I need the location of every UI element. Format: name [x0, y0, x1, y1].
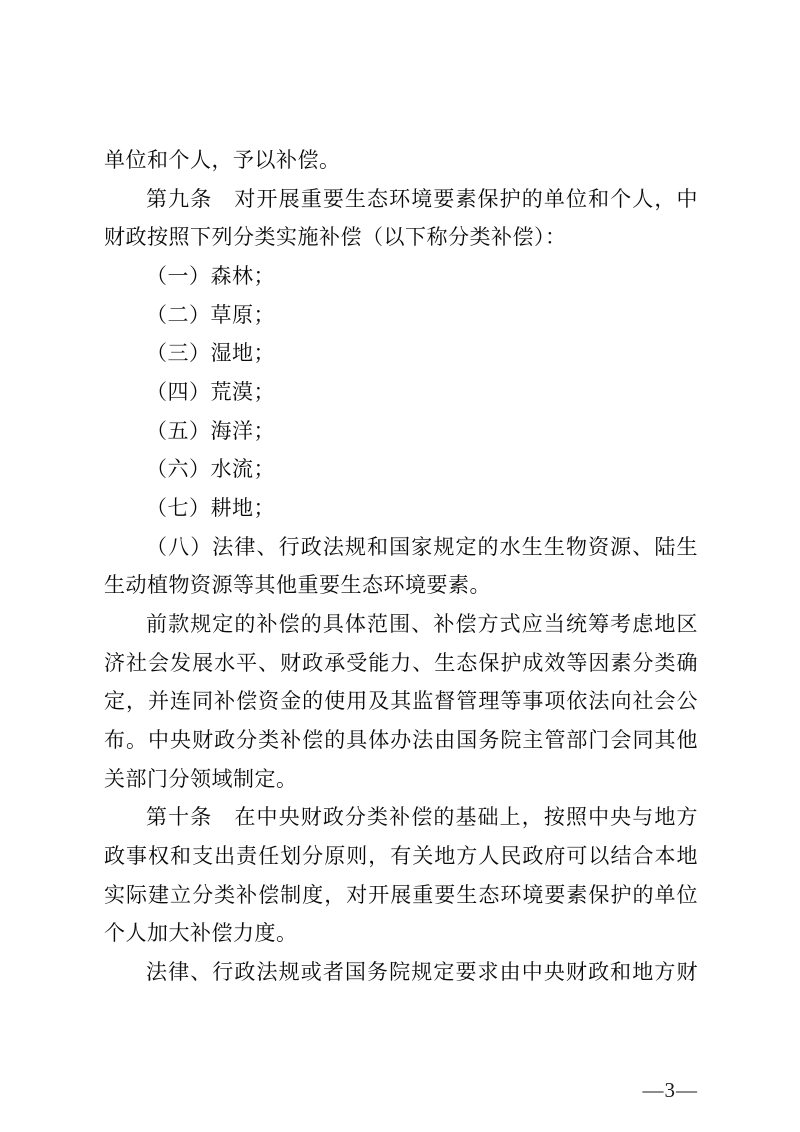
text-line: （五）海洋； — [104, 413, 698, 452]
text-line: （一）森林； — [104, 258, 698, 297]
text-line: （四）荒漠； — [104, 374, 698, 413]
document-body: 单位和个人，予以补偿。第九条 对开展重要生态环境要素保护的单位和个人，中央财政按… — [104, 142, 698, 993]
text-line: （三）湿地； — [104, 335, 698, 374]
text-line: （二）草原； — [104, 297, 698, 336]
text-line: （六）水流； — [104, 451, 698, 490]
text-line: 第十条 在中央财政分类补偿的基础上，按照中央与地方财 — [104, 799, 698, 838]
text-line: 单位和个人，予以补偿。 — [104, 142, 698, 181]
page-number: —3— — [104, 1078, 698, 1103]
text-line: 第九条 对开展重要生态环境要素保护的单位和个人，中央 — [104, 181, 698, 220]
text-line: 政事权和支出责任划分原则，有关地方人民政府可以结合本地区 — [104, 838, 698, 877]
text-line: 法律、行政法规或者国务院规定要求由中央财政和地方财政 — [104, 954, 698, 993]
text-line: 个人加大补偿力度。 — [104, 915, 698, 954]
document-page: 单位和个人，予以补偿。第九条 对开展重要生态环境要素保护的单位和个人，中央财政按… — [0, 0, 800, 1132]
text-line: 前款规定的补偿的具体范围、补偿方式应当统筹考虑地区经 — [104, 606, 698, 645]
text-line: 定，并连同补偿资金的使用及其监督管理等事项依法向社会公 — [104, 683, 698, 722]
text-line: （八）法律、行政法规和国家规定的水生生物资源、陆生野 — [104, 529, 698, 568]
text-line: 实际建立分类补偿制度，对开展重要生态环境要素保护的单位和 — [104, 877, 698, 916]
text-line: （七）耕地； — [104, 490, 698, 529]
text-line: 财政按照下列分类实施补偿（以下称分类补偿）： — [104, 219, 698, 258]
text-line: 生动植物资源等其他重要生态环境要素。 — [104, 567, 698, 606]
text-line: 济社会发展水平、财政承受能力、生态保护成效等因素分类确 — [104, 645, 698, 684]
text-line: 布。中央财政分类补偿的具体办法由国务院主管部门会同其他有 — [104, 722, 698, 761]
text-line: 关部门分领域制定。 — [104, 761, 698, 800]
